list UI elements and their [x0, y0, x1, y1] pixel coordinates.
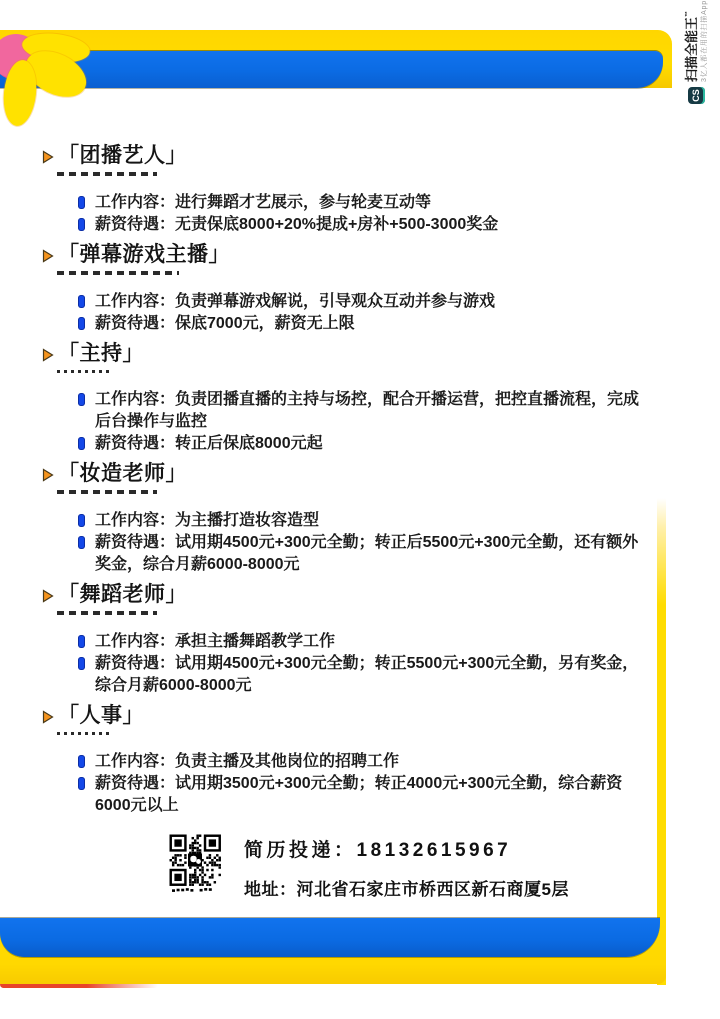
square-bullet-icon — [78, 755, 85, 768]
square-bullet-icon — [78, 295, 85, 308]
camscanner-tagline: 3亿人都在用的扫描App — [701, 0, 708, 82]
job-section-zhuchi: 「主持」 工作内容：负责团播直播的主持与场控，配合开播运营，把控直播流程，完成后… — [42, 342, 668, 455]
bullet-text: 薪资待遇：试用期4500元+300元全勤；转正5500元+300元全勤，另有奖金… — [95, 653, 647, 697]
bullet-text: 工作内容：进行舞蹈才艺展示，参与轮麦互动等 — [95, 192, 647, 214]
bullet-text: 薪资待遇：无责保底8000+20%提成+房补+500-3000奖金 — [95, 214, 647, 236]
bullet-item: 工作内容：负责弹幕游戏解说，引导观众互动并参与游戏 — [78, 291, 668, 313]
camscanner-logo-icon: CS — [688, 87, 705, 104]
job-title: 「妆造老师」 — [58, 462, 187, 486]
address-value: 河北省石家庄市桥西区新石商厦5层 — [297, 880, 569, 899]
camscanner-watermark: CS 扫描全能王™ 3亿人都在用的扫描App — [674, 8, 720, 112]
bullet-text: 工作内容：负责主播及其他岗位的招聘工作 — [95, 751, 647, 773]
address-line: 地址：河北省石家庄市桥西区新石商厦5层 — [244, 875, 569, 900]
job-title: 「人事」 — [58, 704, 144, 728]
title-underline — [57, 172, 157, 176]
bottom-blue-bar — [0, 918, 660, 957]
job-title: 「弹幕游戏主播」 — [58, 243, 230, 267]
triangle-bullet-icon — [42, 589, 54, 603]
bullet-item: 薪资待遇：转正后保底8000元起 — [78, 433, 668, 455]
camscanner-logo-text: CS — [691, 89, 701, 102]
title-underline — [57, 370, 111, 373]
square-bullet-icon — [78, 196, 85, 209]
bullet-text: 薪资待遇：转正后保底8000元起 — [95, 433, 647, 455]
bullet-text: 工作内容：承担主播舞蹈教学工作 — [95, 631, 647, 653]
triangle-bullet-icon — [42, 468, 54, 482]
qr-code — [168, 833, 222, 893]
job-title: 「团播艺人」 — [58, 144, 187, 168]
job-listings: 「团播艺人」 工作内容：进行舞蹈才艺展示，参与轮麦互动等 薪资待遇：无责保底80… — [0, 88, 668, 900]
bullet-text: 薪资待遇：试用期4500元+300元全勤；转正后5500元+300元全勤，还有额… — [95, 532, 647, 576]
title-underline — [57, 732, 109, 735]
bullet-item: 薪资待遇：无责保底8000+20%提成+房补+500-3000奖金 — [78, 214, 668, 236]
job-section-tuanbo-yiren: 「团播艺人」 工作内容：进行舞蹈才艺展示，参与轮麦互动等 薪资待遇：无责保底80… — [42, 144, 668, 236]
job-section-renshi: 「人事」 工作内容：负责主播及其他岗位的招聘工作 薪资待遇：试用期3500元+3… — [42, 704, 668, 817]
phone-number: 18132615967 — [357, 840, 512, 861]
bullet-item: 薪资待遇：试用期4500元+300元全勤；转正后5500元+300元全勤，还有额… — [78, 532, 668, 576]
job-title: 「主持」 — [58, 342, 144, 366]
job-title: 「舞蹈老师」 — [58, 583, 187, 607]
bullet-item: 薪资待遇：试用期4500元+300元全勤；转正5500元+300元全勤，另有奖金… — [78, 653, 668, 697]
square-bullet-icon — [78, 635, 85, 648]
contact-block: 简历投递：18132615967 地址：河北省石家庄市桥西区新石商厦5层 — [168, 833, 668, 900]
square-bullet-icon — [78, 514, 85, 527]
title-underline — [57, 490, 157, 494]
square-bullet-icon — [78, 657, 85, 670]
triangle-bullet-icon — [42, 150, 54, 164]
bullet-item: 薪资待遇：试用期3500元+300元全勤；转正4000元+300元全勤，综合薪资… — [78, 773, 668, 817]
triangle-bullet-icon — [42, 710, 54, 724]
camscanner-app-name: 扫描全能王™ — [685, 0, 698, 82]
title-underline — [57, 611, 157, 615]
bullet-text: 工作内容：负责弹幕游戏解说，引导观众互动并参与游戏 — [95, 291, 647, 313]
bullet-text: 工作内容：负责团播直播的主持与场控，配合开播运营，把控直播流程，完成后台操作与监… — [95, 389, 647, 433]
bullet-item: 工作内容：负责主播及其他岗位的招聘工作 — [78, 751, 668, 773]
square-bullet-icon — [78, 317, 85, 330]
title-underline — [57, 271, 179, 275]
bullet-text: 薪资待遇：保底7000元，薪资无上限 — [95, 313, 647, 335]
square-bullet-icon — [78, 393, 85, 406]
bullet-item: 工作内容：负责团播直播的主持与场控，配合开播运营，把控直播流程，完成后台操作与监… — [78, 389, 668, 433]
bullet-item: 工作内容：为主播打造妆容造型 — [78, 510, 668, 532]
resume-phone-line: 简历投递：18132615967 — [244, 835, 569, 862]
bullet-item: 工作内容：承担主播舞蹈教学工作 — [78, 631, 668, 653]
square-bullet-icon — [78, 437, 85, 450]
triangle-bullet-icon — [42, 348, 54, 362]
bullet-item: 工作内容：进行舞蹈才艺展示，参与轮麦互动等 — [78, 192, 668, 214]
square-bullet-icon — [78, 536, 85, 549]
bullet-text: 薪资待遇：试用期3500元+300元全勤；转正4000元+300元全勤，综合薪资… — [95, 773, 647, 817]
triangle-bullet-icon — [42, 249, 54, 263]
square-bullet-icon — [78, 218, 85, 231]
job-section-zhuangzao-laoshi: 「妆造老师」 工作内容：为主播打造妆容造型 薪资待遇：试用期4500元+300元… — [42, 462, 668, 576]
address-label: 地址： — [244, 880, 297, 899]
square-bullet-icon — [78, 777, 85, 790]
job-section-wudao-laoshi: 「舞蹈老师」 工作内容：承担主播舞蹈教学工作 薪资待遇：试用期4500元+300… — [42, 583, 668, 697]
job-section-danmu-zhubo: 「弹幕游戏主播」 工作内容：负责弹幕游戏解说，引导观众互动并参与游戏 薪资待遇：… — [42, 243, 668, 335]
bullet-item: 薪资待遇：保底7000元，薪资无上限 — [78, 313, 668, 335]
resume-label: 简历投递： — [244, 840, 357, 861]
bullet-text: 工作内容：为主播打造妆容造型 — [95, 510, 647, 532]
top-blue-bar — [0, 51, 663, 88]
